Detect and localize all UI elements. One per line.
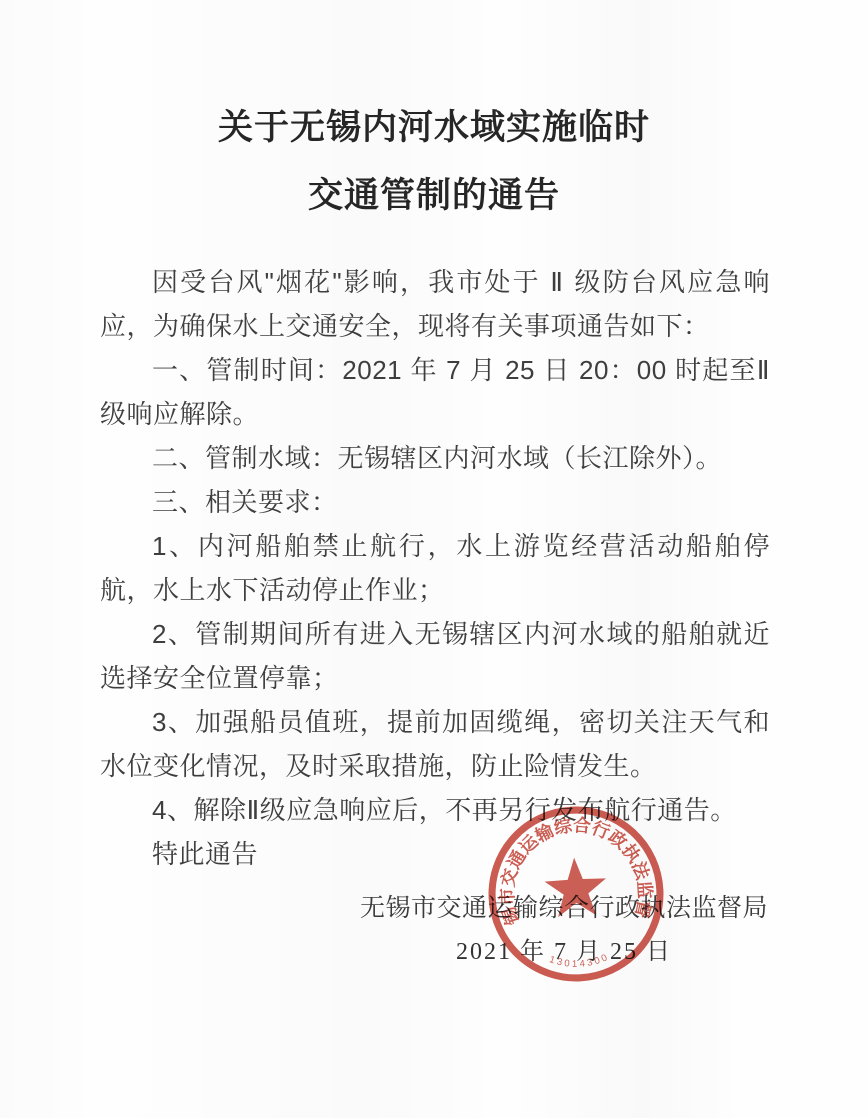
notice-paragraph-item4: 4、解除Ⅱ级应急响应后，不再另行发布航行通告。: [100, 788, 770, 832]
notice-paragraph-item3: 3、加强船员值班，提前加固缆绳，密切关注天气和水位变化情况，及时采取措施，防止险…: [100, 700, 770, 788]
notice-paragraph-closing: 特此通告: [100, 832, 770, 876]
signature-date: 2021 年 7 月 25 日: [360, 928, 768, 976]
notice-paragraph-intro: 因受台风"烟花"影响，我市处于 Ⅱ 级防台风应急响应，为确保水上交通安全，现将有…: [100, 260, 770, 348]
title-line-1: 关于无锡内河水域实施临时: [0, 94, 868, 162]
document-page: 关于无锡内河水域实施临时 交通管制的通告 因受台风"烟花"影响，我市处于 Ⅱ 级…: [0, 0, 868, 1118]
notice-paragraph-waters: 二、管制水域：无锡辖区内河水域（长江除外）。: [100, 436, 770, 480]
document-title: 关于无锡内河水域实施临时 交通管制的通告: [0, 94, 868, 230]
notice-paragraph-item1: 1、内河船舶禁止航行，水上游览经营活动船舶停航，水上水下活动停止作业；: [100, 524, 770, 612]
notice-paragraph-requirements: 三、相关要求：: [100, 480, 770, 524]
notice-paragraph-time: 一、管制时间：2021 年 7 月 25 日 20：00 时起至Ⅱ级响应解除。: [100, 348, 770, 436]
notice-paragraph-item2: 2、管制期间所有进入无锡辖区内河水域的船舶就近选择安全位置停靠；: [100, 612, 770, 700]
signature-agency: 无锡市交通运输综合行政执法监督局: [360, 888, 768, 928]
notice-body: 因受台风"烟花"影响，我市处于 Ⅱ 级防台风应急响应，为确保水上交通安全，现将有…: [100, 260, 770, 876]
title-line-2: 交通管制的通告: [0, 162, 868, 230]
signature-block: 无锡市交通运输综合行政执法监督局 2021 年 7 月 25 日: [0, 888, 868, 976]
